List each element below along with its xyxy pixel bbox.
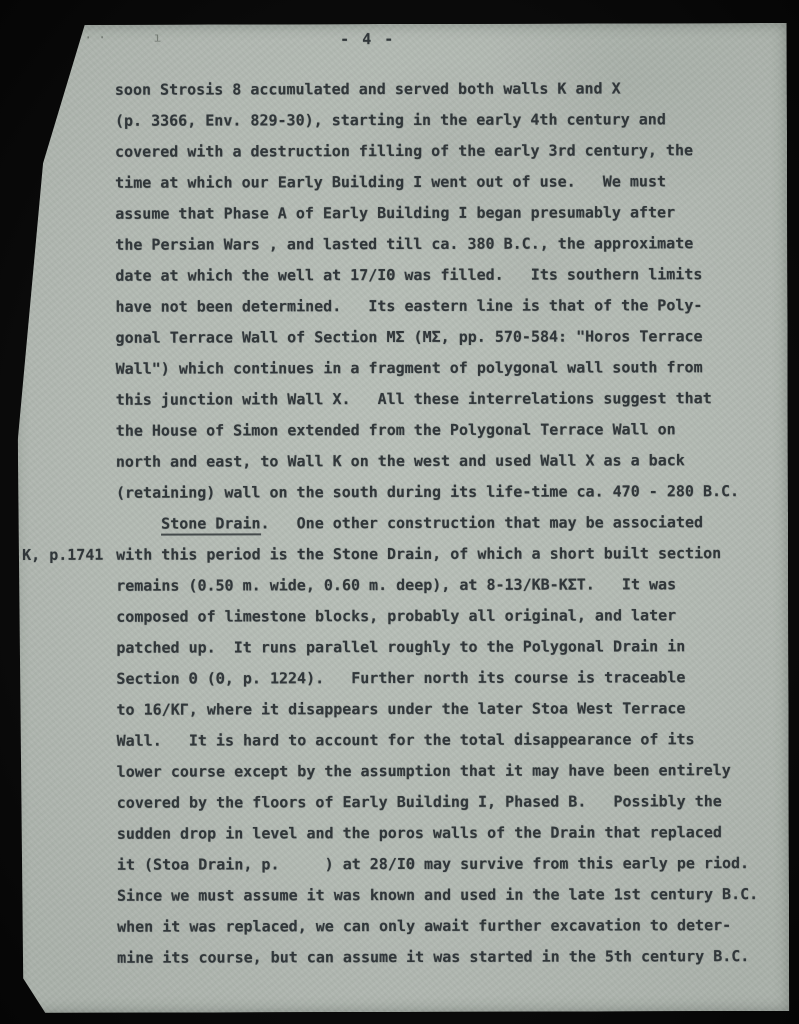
section-heading: Stone Drain xyxy=(161,514,260,535)
text-line: it (Stoa Drain, p. ) at 28/ΙΘ may surviv… xyxy=(117,848,785,881)
document-page: ·'·· ı - 4 - K, p.1741 soon Strosis 8 ac… xyxy=(13,23,790,1013)
margin-annotation: K, p.1741 xyxy=(22,540,103,571)
text-line: sudden drop in level and the poros walls… xyxy=(117,817,785,850)
corner-fold-highlight xyxy=(0,29,35,174)
text-line: the Persian Wars , and lasted till ca. 3… xyxy=(115,228,783,261)
text-line: time at which our Early Building I went … xyxy=(115,166,783,199)
heading-continuation: . One other construction that may be ass… xyxy=(260,513,703,532)
text-line: assume that Phase A of Early Building I … xyxy=(115,197,783,230)
text-line: Wall") which continues in a fragment of … xyxy=(116,352,784,385)
text-line: the House of Simon extended from the Pol… xyxy=(116,414,784,447)
text-line: have not been determined. Its eastern li… xyxy=(115,290,783,323)
text-line: Section Θ (Θ, p. 1224). Further north it… xyxy=(116,662,784,695)
text-line: remains (0.50 m. wide, 0.60 m. deep), at… xyxy=(116,569,784,602)
text-line: mine its course, but can assume it was s… xyxy=(117,941,785,974)
scan-background: ·'·· ı - 4 - K, p.1741 soon Strosis 8 ac… xyxy=(0,0,799,1024)
pencil-mark: ·'·· ı xyxy=(57,31,168,46)
text-line: when it was replaced, we can only await … xyxy=(117,910,785,943)
text-line: north and east, to Wall K on the west an… xyxy=(116,445,784,478)
text-line: Since we must assume it was known and us… xyxy=(117,879,785,912)
text-line: covered by the floors of Early Building … xyxy=(117,786,785,819)
text-line: (p. 3366, Env. 829-30), starting in the … xyxy=(115,104,783,137)
text-line: covered with a destruction filling of th… xyxy=(115,135,783,168)
text-line: (retaining) wall on the south during its… xyxy=(116,476,784,509)
page-number: - 4 - xyxy=(313,30,423,48)
text-line: to 16/ΚΓ, where it disappears under the … xyxy=(116,693,784,726)
text-line: composed of limestone blocks, probably a… xyxy=(116,600,784,633)
text-line: with this period is the Stone Drain, of … xyxy=(116,538,784,571)
body-text: soon Strosis 8 accumulated and served bo… xyxy=(115,73,785,974)
section-heading-line: Stone Drain. One other construction that… xyxy=(116,507,784,540)
text-line: date at which the well at 17/ΙΘ was fill… xyxy=(115,259,783,292)
text-line: this junction with Wall X. All these int… xyxy=(116,383,784,416)
text-line: gonal Terrace Wall of Section ΜΣ (ΜΣ, pp… xyxy=(115,321,783,354)
text-line: lower course except by the assumption th… xyxy=(117,755,785,788)
text-line: Wall. It is hard to account for the tota… xyxy=(117,724,785,757)
heading-indent xyxy=(116,515,161,533)
text-line: soon Strosis 8 accumulated and served bo… xyxy=(115,73,783,106)
text-line: patched up. It runs parallel roughly to … xyxy=(116,631,784,664)
